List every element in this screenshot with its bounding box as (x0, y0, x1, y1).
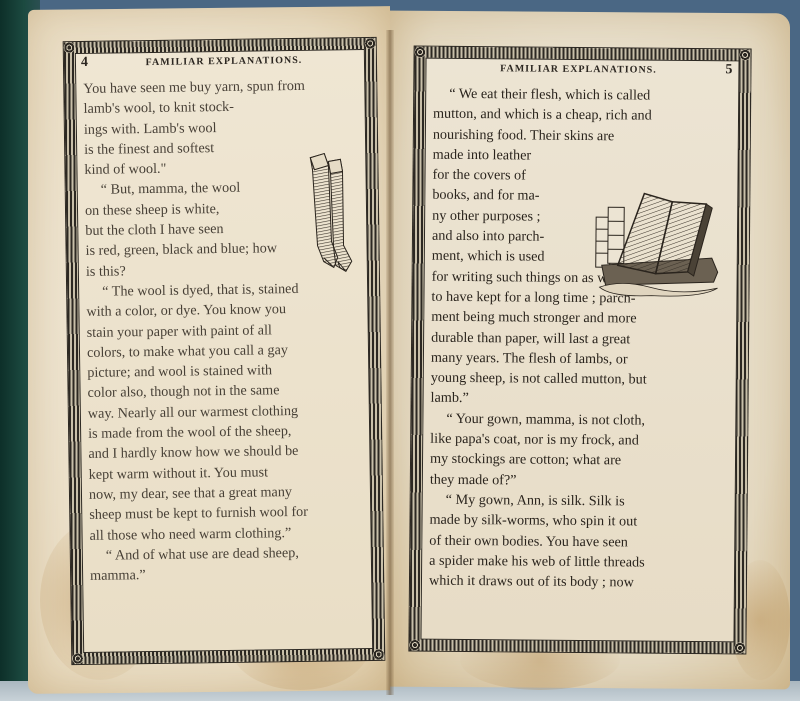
text-line: my stockings are cotton; what are (430, 449, 728, 472)
border-corner-rosette-icon (373, 649, 384, 660)
text-line: durable than paper, will last a great (431, 327, 729, 350)
text-line: many years. The flesh of lambs, or (431, 348, 729, 371)
running-head-title: FAMILIAR EXPLANATIONS. (431, 63, 725, 77)
border-corner-rosette-icon (365, 38, 376, 49)
text-line: “ We eat their flesh, which is called (433, 84, 731, 107)
text-line: “ My gown, Ann, is silk. Silk is (430, 490, 728, 513)
text-line: made by silk-worms, who spin it out (429, 510, 727, 533)
text-line: of their own bodies. You have seen (429, 530, 727, 553)
stockings-illustration-icon (298, 149, 360, 280)
book-gutter (386, 30, 394, 695)
text-line: like papa's coat, nor is my frock, and (430, 429, 728, 452)
text-line: nourishing food. Their skins are (433, 124, 731, 147)
border-corner-rosette-icon (64, 42, 75, 53)
text-line: lamb.” (430, 388, 728, 411)
right-page-ornamental-border: FAMILIAR EXPLANATIONS. 5 “ We eat their … (409, 47, 750, 654)
border-corner-rosette-icon (409, 640, 420, 651)
border-corner-rosette-icon (740, 49, 751, 60)
text-line: ment being much stronger and more (431, 307, 729, 330)
text-line: mutton, and which is a cheap, rich and (433, 104, 731, 127)
open-book-illustration-icon (591, 187, 722, 298)
text-line: they made of?” (430, 469, 728, 492)
left-page-body-text: You have seen me buy yarn, spun from lam… (75, 67, 372, 586)
text-line: for the covers of (432, 165, 730, 188)
border-corner-rosette-icon (415, 47, 426, 58)
border-corner-rosette-icon (72, 653, 83, 664)
text-line: a spider make his web of little threads (429, 551, 727, 574)
page-number: 5 (725, 62, 733, 78)
border-corner-rosette-icon (734, 642, 745, 653)
text-line: “ Your gown, mamma, is not cloth, (430, 408, 728, 431)
text-line: young sheep, is not called mutton, but (431, 368, 729, 391)
text-line: made into leather (433, 145, 731, 168)
right-page-body-text: “ We eat their flesh, which is called mu… (421, 76, 739, 594)
text-line: mamma.” (90, 562, 364, 586)
left-page-ornamental-border: 4 FAMILIAR EXPLANATIONS. You have seen m… (64, 38, 385, 664)
text-line: which it draws out of its body ; now (429, 571, 727, 594)
page-number: 4 (81, 55, 89, 71)
